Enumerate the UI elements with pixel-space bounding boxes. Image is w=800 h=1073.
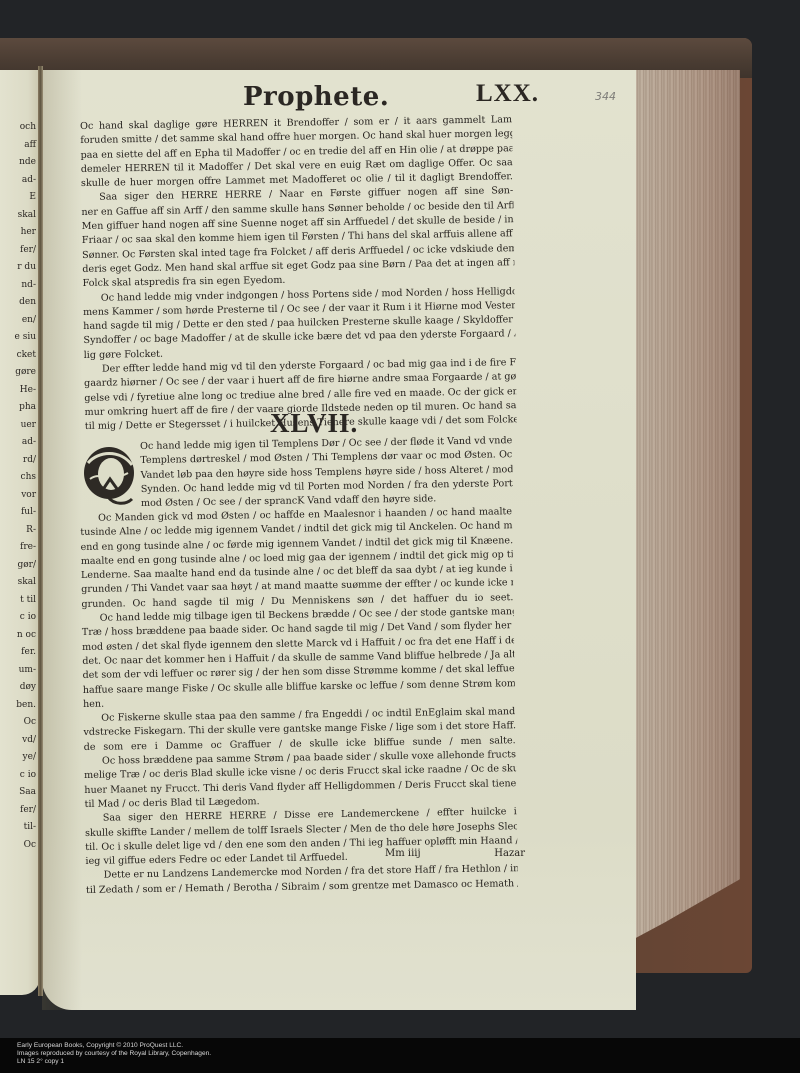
left-page-text-fragment: fre- xyxy=(20,542,36,553)
left-page-text-fragment: ful- xyxy=(21,507,36,518)
catchword: Hazar xyxy=(494,848,525,859)
left-page-text-fragment: n oc xyxy=(17,630,36,641)
left-page-text-fragment: c io xyxy=(20,612,36,623)
left-page-text-fragment: døy xyxy=(20,682,36,693)
left-page-text-fragment: t til xyxy=(20,595,36,606)
text-block-after-chapter: Oc Manden gick vd mod Østen / oc haffde … xyxy=(80,505,518,898)
running-head: Prophete. xyxy=(243,82,389,112)
gutter xyxy=(38,66,43,996)
left-page-text-fragment: r du xyxy=(17,262,36,273)
left-page-text-fragment: Saa xyxy=(19,787,36,798)
left-page-text-fragment: fer/ xyxy=(20,245,36,256)
left-page-text-fragment: nde xyxy=(19,157,36,168)
left-page-text-fragment: gør/ xyxy=(17,560,36,571)
footer-shelfmark: LN 15 2° copy 1 xyxy=(17,1058,64,1066)
left-page-text-fragment: skal xyxy=(18,577,36,588)
fore-edge-shade xyxy=(632,70,740,940)
left-page: ochaffndead-Eskalherfer/r dund-denen/e s… xyxy=(0,70,40,995)
left-page-text-fragment: fer/ xyxy=(20,805,36,816)
left-page-text-fragment: ad- xyxy=(22,437,36,448)
folio-number: LXX. xyxy=(476,80,539,108)
left-page-text-fragment: vor xyxy=(21,490,36,501)
left-page-text-fragment: aff xyxy=(24,140,36,151)
left-page-text-fragment: gøre xyxy=(15,367,36,378)
left-page-text-fragment: uer xyxy=(21,420,36,431)
chapter-heading: XLVII. xyxy=(270,408,358,439)
left-page-text-fragment: E xyxy=(29,192,36,203)
left-page-text-fragment: och xyxy=(20,122,36,133)
left-page-text-fragment: en/ xyxy=(22,315,36,326)
footer-credit: Images reproduced by courtesy of the Roy… xyxy=(17,1050,211,1058)
pencil-page-number: 344 xyxy=(595,90,616,103)
left-page-text-fragment: chs xyxy=(21,472,36,483)
left-page-text-fragment: vd/ xyxy=(22,735,36,746)
footer: Early European Books, Copyright © 2010 P… xyxy=(0,1038,800,1073)
left-page-text-fragment: Oc xyxy=(24,840,36,851)
text-block-after-initial: Oc hand ledde mig igen til Templens Dør … xyxy=(140,434,513,511)
left-page-text-fragment: nd- xyxy=(21,280,36,291)
left-page-text-fragment: fer. xyxy=(21,647,36,658)
left-page-text-fragment: rd/ xyxy=(23,455,36,466)
text-block-before-chapter: Oc hand skal daglige gøre HERREN it Bren… xyxy=(80,113,517,434)
left-page-text-fragment: cket xyxy=(17,350,36,361)
left-page-text-fragment: til- xyxy=(24,822,36,833)
left-page-text-fragment: c io xyxy=(20,770,36,781)
left-page-text-fragment: He- xyxy=(20,385,36,396)
decorated-initial-icon xyxy=(80,443,138,507)
left-page-text-fragment: um- xyxy=(19,665,36,676)
scan-image: ochaffndead-Eskalherfer/r dund-denen/e s… xyxy=(0,0,800,1055)
left-page-text-fragment: skal xyxy=(18,210,36,221)
left-page-text-fragment: ye/ xyxy=(23,752,36,763)
signature-mark: Mm iiij xyxy=(385,848,421,859)
left-page-text-fragment: her xyxy=(21,227,36,238)
left-page-text-fragment: R- xyxy=(26,525,36,536)
footer-copyright: Early European Books, Copyright © 2010 P… xyxy=(17,1042,183,1050)
left-page-text-fragment: pha xyxy=(19,402,36,413)
left-page-text-fragment: ad- xyxy=(22,175,36,186)
left-page-text-fragment: Oc xyxy=(24,717,36,728)
left-page-text-fragment: e siu xyxy=(15,332,36,343)
left-page-text-fragment: den xyxy=(19,297,36,308)
left-page-text-fragment: ben. xyxy=(16,700,36,711)
